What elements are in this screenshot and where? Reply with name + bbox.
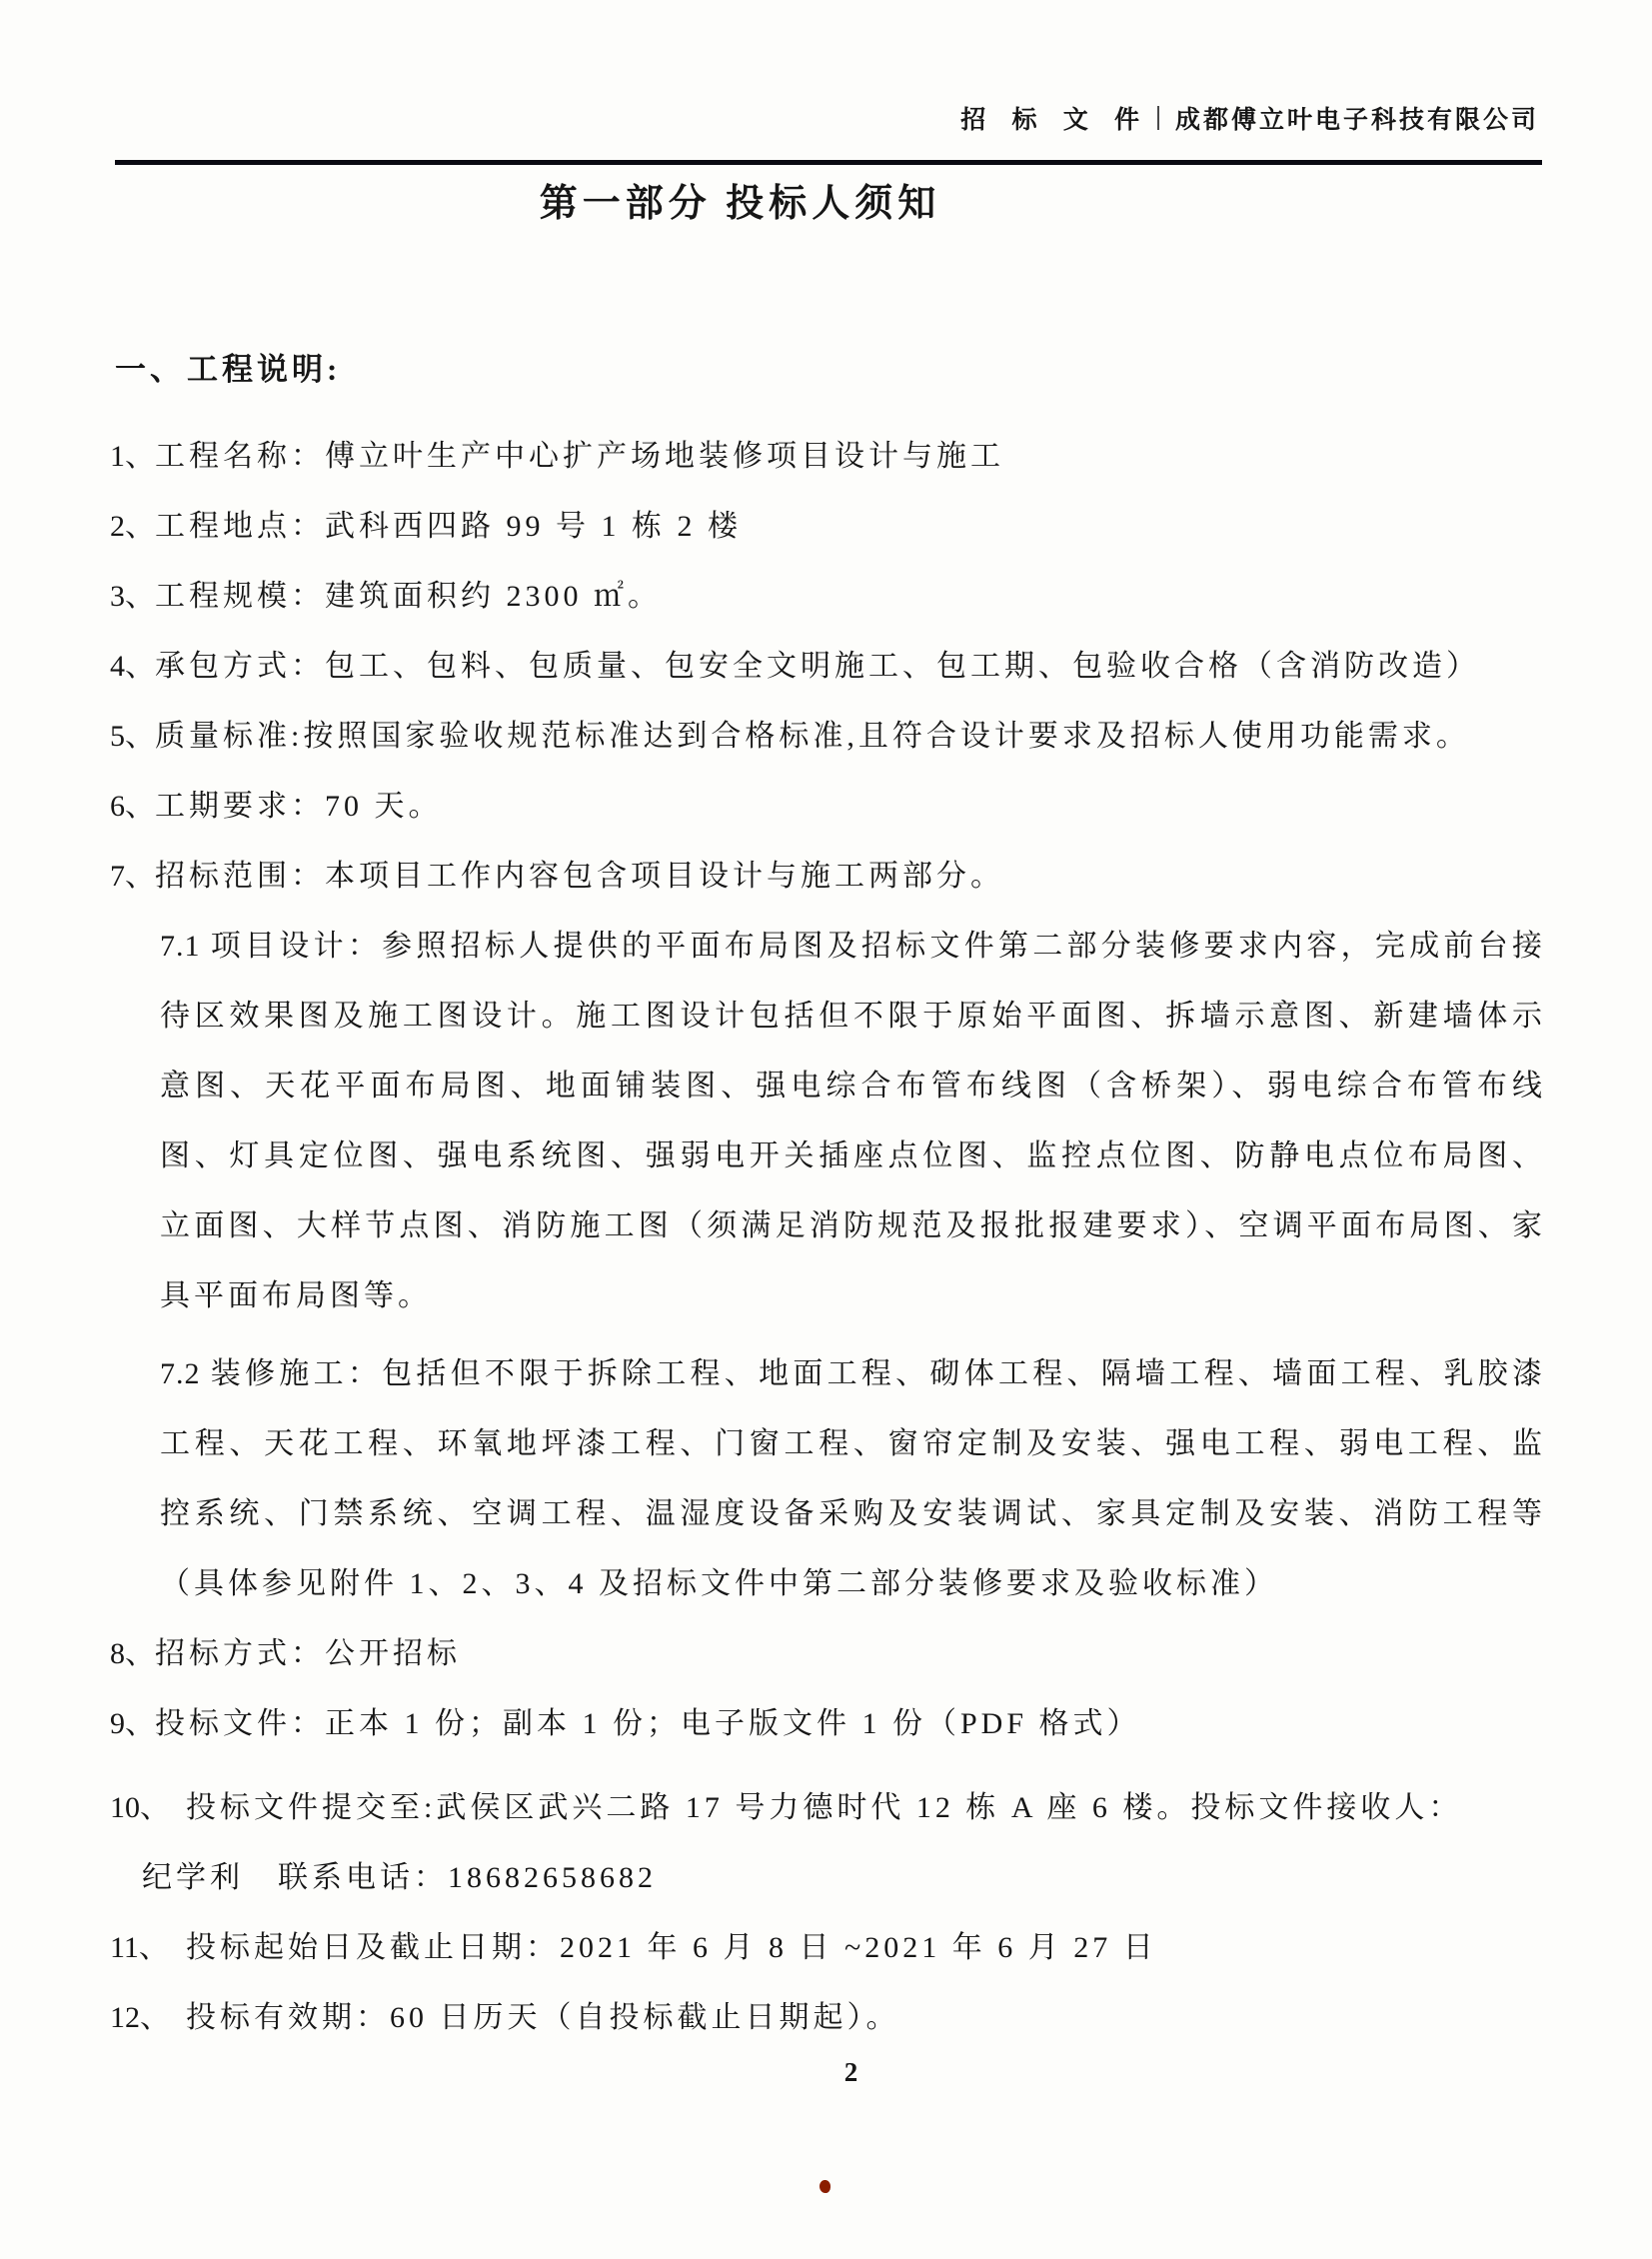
subsection-number: 7.1 <box>160 930 211 963</box>
list-item: 11、投标起始日及截止日期：2021 年 6 月 8 日 ~2021 年 6 月… <box>110 1913 1546 1983</box>
item-text: 招标方式：公开招标 <box>155 1637 461 1670</box>
subsection-text: 项目设计：参照招标人提供的平面布局图及招标文件第二部分装修要求内容，完成前台接待… <box>160 930 1546 1312</box>
list-item: 6、工期要求：70 天。 <box>110 772 1546 842</box>
item-text: 质量标准:按照国家验收规范标准达到合格标准,且符合设计要求及招标人使用功能需求。 <box>155 720 1470 753</box>
item-text: 工程地点：武科西四路 99 号 1 栋 2 楼 <box>155 510 742 543</box>
contact-line: 纪学利 联系电话：18682658682 <box>110 1843 1546 1913</box>
list-item: 1、工程名称：傅立叶生产中心扩产场地装修项目设计与施工 <box>110 422 1546 492</box>
item-text: 投标有效期：60 日历天（自投标截止日期起）。 <box>186 2001 900 2034</box>
item-text: 工程名称：傅立叶生产中心扩产场地装修项目设计与施工 <box>155 440 1004 473</box>
item-number: 2、 <box>110 492 155 562</box>
page-header: 招 标 文 件 成都傅立叶电子科技有限公司 <box>960 100 1539 136</box>
header-company-name: 成都傅立叶电子科技有限公司 <box>1175 100 1539 136</box>
item-number: 10、 <box>110 1773 186 1843</box>
list-item: 9、投标文件：正本 1 份；副本 1 份；电子版文件 1 份（PDF 格式） <box>110 1689 1546 1759</box>
item-number: 8、 <box>110 1619 155 1689</box>
item-number: 3、 <box>110 562 155 632</box>
item-number: 6、 <box>110 772 155 842</box>
header-doc-type-label: 招 标 文 件 <box>960 100 1149 136</box>
subsection-number: 7.2 <box>160 1357 211 1390</box>
item-text: 投标文件提交至:武侯区武兴二路 17 号力德时代 12 栋 A 座 6 楼。投标… <box>186 1791 1462 1824</box>
document-page: 招 标 文 件 成都傅立叶电子科技有限公司 第一部分 投标人须知 一、工程说明:… <box>0 0 1652 2259</box>
item-text: 投标文件：正本 1 份；副本 1 份；电子版文件 1 份（PDF 格式） <box>155 1707 1141 1740</box>
item-number: 7、 <box>110 842 155 912</box>
item-number: 9、 <box>110 1689 155 1759</box>
header-divider <box>1157 106 1159 130</box>
list-item: 3、工程规模：建筑面积约 2300 ㎡。 <box>110 562 1546 632</box>
red-dot-mark <box>820 2180 830 2193</box>
item-text: 承包方式：包工、包料、包质量、包安全文明施工、包工期、包验收合格（含消防改造） <box>155 650 1480 683</box>
section-label: 工程说明: <box>187 352 341 387</box>
item-text: 投标起始日及截止日期：2021 年 6 月 8 日 ~2021 年 6 月 27… <box>186 1931 1157 1964</box>
list-item: 7、招标范围：本项目工作内容包含项目设计与施工两部分。 <box>110 842 1546 912</box>
item-text: 工程规模：建筑面积约 2300 ㎡。 <box>155 580 662 613</box>
list-item: 4、承包方式：包工、包料、包质量、包安全文明施工、包工期、包验收合格（含消防改造… <box>110 632 1546 702</box>
item-text: 招标范围：本项目工作内容包含项目设计与施工两部分。 <box>155 860 1004 893</box>
subsection-7-2: 7.2装修施工：包括但不限于拆除工程、地面工程、砌体工程、隔墙工程、墙面工程、乳… <box>110 1339 1546 1619</box>
section-number: 一、 <box>115 344 187 389</box>
notice-list: 1、工程名称：傅立叶生产中心扩产场地装修项目设计与施工 2、工程地点：武科西四路… <box>110 422 1546 2053</box>
list-item: 2、工程地点：武科西四路 99 号 1 栋 2 楼 <box>110 492 1546 562</box>
list-item: 10、投标文件提交至:武侯区武兴二路 17 号力德时代 12 栋 A 座 6 楼… <box>110 1773 1546 1913</box>
item-number: 4、 <box>110 632 155 702</box>
page-title: 第一部分 投标人须知 <box>0 172 1566 227</box>
section-heading: 一、工程说明: <box>115 344 341 389</box>
list-item: 12、投标有效期：60 日历天（自投标截止日期起）。 <box>110 1983 1546 2053</box>
list-item: 8、招标方式：公开招标 <box>110 1619 1546 1689</box>
page-number: 2 <box>25 2057 1652 2088</box>
subsection-7-1: 7.1项目设计：参照招标人提供的平面布局图及招标文件第二部分装修要求内容，完成前… <box>110 912 1546 1331</box>
item-number: 11、 <box>110 1913 186 1983</box>
item-text: 工期要求：70 天。 <box>155 790 443 823</box>
item-number: 5、 <box>110 702 155 772</box>
subsection-text: 装修施工：包括但不限于拆除工程、地面工程、砌体工程、隔墙工程、墙面工程、乳胶漆工… <box>160 1357 1546 1600</box>
list-item: 5、质量标准:按照国家验收规范标准达到合格标准,且符合设计要求及招标人使用功能需… <box>110 702 1546 772</box>
item-number: 12、 <box>110 1983 186 2053</box>
header-rule <box>115 160 1542 165</box>
item-number: 1、 <box>110 422 155 492</box>
